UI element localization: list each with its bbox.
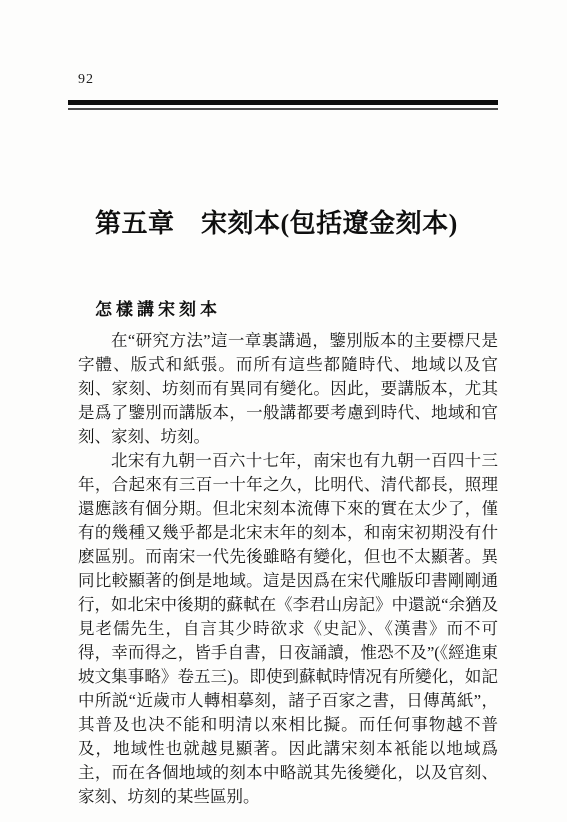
header-rule bbox=[68, 100, 498, 110]
paragraph-2: 北宋有九朝一百六十七年，南宋也有九朝一百四十三年，合起來有三百一十年之久，比明代… bbox=[78, 449, 498, 809]
header-rule-thick bbox=[68, 100, 498, 105]
header-rule-thin bbox=[68, 108, 498, 110]
paragraph-1: 在“研究方法”這一章裏講過，鑒別版本的主要標尺是字體、版式和紙張。而所有這些都隨… bbox=[78, 329, 498, 449]
book-page: 92 第五章 宋刻本(包括遼金刻本) 怎樣講宋刻本 在“研究方法”這一章裏講過，… bbox=[0, 0, 567, 822]
section-heading: 怎樣講宋刻本 bbox=[95, 295, 221, 320]
body-text: 在“研究方法”這一章裏講過，鑒別版本的主要標尺是字體、版式和紙張。而所有這些都隨… bbox=[78, 329, 498, 809]
page-number: 92 bbox=[78, 72, 94, 88]
chapter-title: 第五章 宋刻本(包括遼金刻本) bbox=[95, 203, 458, 240]
